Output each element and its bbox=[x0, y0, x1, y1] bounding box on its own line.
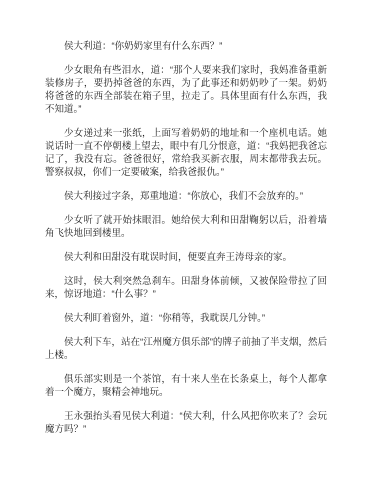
paragraph: 这时，侯大利突然急刹车。田甜身体前倾，又被保险带拉了回来，惊讶地道：“什么事？” bbox=[45, 275, 327, 301]
paragraph: 少女听了就开始抹眼泪。她给侯大利和田甜鞠躬以后，沿着墙角飞快地回到楼里。 bbox=[45, 214, 327, 240]
paragraph: 王永强抬头看见侯大利道：“侯大利，什么风把你吹来了？会玩魔方吗？” bbox=[45, 410, 327, 436]
paragraph: 侯大利和田甜没有耽误时间，便要直奔王涛母亲的家。 bbox=[45, 251, 327, 264]
paragraph: 侯大利接过字条，郑重地道：“你放心，我们不会放弃的。” bbox=[45, 190, 327, 203]
paragraph: 少女递过来一张纸，上面写着奶奶的地址和一个座机电话。她说话时一直不停朝楼上望去，… bbox=[45, 127, 327, 179]
paragraph: 侯大利下车，站在“江州魔方俱乐部”的牌子前抽了半支烟，然后上楼。 bbox=[45, 336, 327, 362]
paragraph: 侯大利盯着窗外，道：“你稍等，我耽误几分钟。” bbox=[45, 312, 327, 325]
paragraph: 俱乐部实则是一个茶馆，有十来人坐在长条桌上，每个人都拿着一个魔方，聚精会神地玩。 bbox=[45, 373, 327, 399]
document-page: 侯大利道：“你奶奶家里有什么东西？” 少女眼角有些泪水，道：“那个人要来我们家时… bbox=[0, 0, 370, 480]
paragraph: 侯大利道：“你奶奶家里有什么东西？” bbox=[45, 40, 327, 53]
novel-text-block: 侯大利道：“你奶奶家里有什么东西？” 少女眼角有些泪水，道：“那个人要来我们家时… bbox=[45, 40, 327, 447]
paragraph: 少女眼角有些泪水，道：“那个人要来我们家时，我妈准备重新装修房子，要扔掉爸爸的东… bbox=[45, 64, 327, 116]
